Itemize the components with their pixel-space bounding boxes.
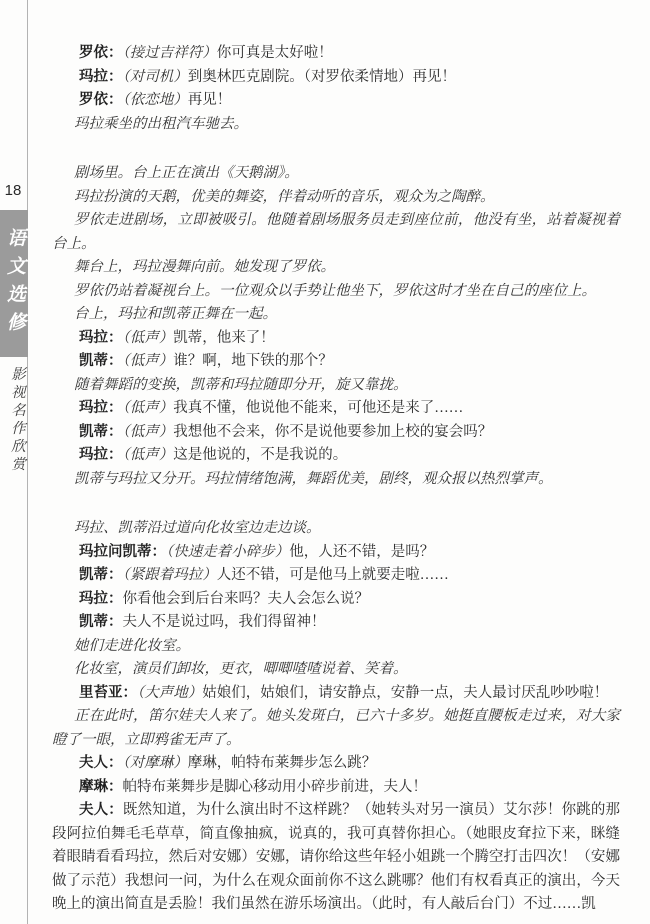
speaker-name: 玛拉： (79, 330, 123, 346)
stage-direction-line: 随着舞蹈的变换，凯蒂和玛拉随即分开，旋又靠拢。 (52, 374, 620, 398)
speaker-name: 罗依： (79, 45, 123, 61)
speaker-name: 凯蒂： (79, 567, 123, 583)
dialogue-text: 我想他不会来，你不是说他要参加上校的宴会吗？ (173, 424, 492, 440)
parenthetical-direction: （接过吉祥符） (123, 45, 217, 61)
dialogue-line: 凯蒂：（低声）我想他不会来，你不是说他要参加上校的宴会吗？ (52, 421, 620, 445)
dialogue-text: 再见！ (188, 92, 232, 108)
parenthetical-direction: （依恋地） (123, 92, 188, 108)
dialogue-text: 你看他会到后台来吗？夫人会怎么说？ (123, 591, 370, 607)
dialogue-text: 夫人不是说过吗，我们得留神！ (123, 614, 326, 630)
dialogue-line: 里苔亚：（大声地）姑娘们，姑娘们，请安静点，安静一点，夫人最讨厌乱吵吵啦！ (52, 682, 620, 706)
dialogue-text: 这是他说的，不是我说的。 (173, 447, 347, 463)
blank-line (52, 491, 620, 517)
speaker-name: 凯蒂： (79, 424, 123, 440)
parenthetical-direction: （低声） (123, 400, 174, 416)
stage-direction-line: 玛拉乘坐的出租汽车驰去。 (52, 113, 620, 137)
dialogue-line: 玛拉：（低声）这是他说的，不是我说的。 (52, 444, 620, 468)
parenthetical-direction: （对摩琳） (123, 755, 188, 771)
parenthetical-direction: （对司机） (123, 69, 188, 85)
dialogue-line: 摩琳：帕特布莱舞步是脚心移动用小碎步前进，夫人！ (52, 776, 620, 800)
dialogue-line: 罗依：（依恋地）再见！ (52, 89, 620, 113)
stage-direction-line: 正在此时，笛尔娃夫人来了。她头发斑白，已六十多岁。她挺直腰板走过来，对大家瞪了一… (52, 705, 620, 752)
blank-line (52, 136, 620, 162)
series-band: 语文选修 (0, 210, 28, 357)
parenthetical-direction: （快速走着小碎步） (166, 544, 289, 560)
dialogue-text: 帕特布莱舞步是脚心移动用小碎步前进，夫人！ (123, 779, 428, 795)
stage-direction-line: 化妆室，演员们卸妆，更衣，唧唧喳喳说着、笑着。 (52, 658, 620, 682)
stage-direction-line: 台上，玛拉和凯蒂正舞在一起。 (52, 303, 620, 327)
page-number: 18 (0, 182, 26, 199)
stage-direction-line: 她们走进化妆室。 (52, 635, 620, 659)
dialogue-text: 摩琳，帕特布莱舞步怎么跳？ (188, 755, 377, 771)
parenthetical-direction: （紧跟着玛拉） (123, 567, 217, 583)
speaker-name: 玛拉： (79, 400, 123, 416)
speaker-name: 夫人： (79, 755, 123, 771)
speaker-name: 罗依： (79, 92, 123, 108)
dialogue-text: 我真不懂，他说他不能来，可他还是来了…… (173, 400, 463, 416)
series-title: 语文选修 (0, 228, 28, 340)
stage-direction-line: 玛拉、凯蒂沿过道向化妆室边走边谈。 (52, 517, 620, 541)
dialogue-text: 既然知道，为什么演出时不这样跳？（她转头对另一演员）艾尔莎！你跳的那段阿拉伯舞毛… (52, 802, 620, 912)
dialogue-line: 凯蒂：（低声）谁？啊，地下铁的那个？ (52, 350, 620, 374)
dialogue-text: 凯蒂，他来了！ (173, 330, 275, 346)
speaker-name: 里苔亚： (79, 685, 137, 701)
stage-direction-line: 舞台上，玛拉漫舞向前。她发现了罗依。 (52, 256, 620, 280)
speaker-name: 凯蒂： (79, 353, 123, 369)
dialogue-line: 玛拉问凯蒂：（快速走着小碎步）他，人还不错，是吗？ (52, 541, 620, 565)
dialogue-line: 玛拉：你看他会到后台来吗？夫人会怎么说？ (52, 588, 620, 612)
speaker-name: 凯蒂： (79, 614, 123, 630)
dialogue-line: 夫人：（对摩琳）摩琳，帕特布莱舞步怎么跳？ (52, 752, 620, 776)
speaker-name: 摩琳： (79, 779, 123, 795)
speaker-name: 玛拉： (79, 591, 123, 607)
speaker-name: 玛拉： (79, 447, 123, 463)
parenthetical-direction: （低声） (123, 424, 174, 440)
book-subtitle: 影视名作欣赏 (0, 366, 28, 474)
dialogue-line: 凯蒂：（紧跟着玛拉）人还不错，可是他马上就要走啦…… (52, 564, 620, 588)
speaker-name: 玛拉问凯蒂： (79, 544, 166, 560)
dialogue-text: 他，人还不错，是吗？ (289, 544, 434, 560)
parenthetical-direction: （低声） (123, 447, 174, 463)
dialogue-text: 人还不错，可是他马上就要走啦…… (217, 567, 449, 583)
dialogue-line: 夫人：既然知道，为什么演出时不这样跳？（她转头对另一演员）艾尔莎！你跳的那段阿拉… (52, 799, 620, 917)
dialogue-text: 到奥林匹克剧院。（对罗依柔情地）再见！ (188, 69, 456, 85)
speaker-name: 夫人： (79, 802, 123, 818)
stage-direction-line: 剧场里。台上正在演出《天鹅湖》。 (52, 162, 620, 186)
speaker-name: 玛拉： (79, 69, 123, 85)
parenthetical-direction: （低声） (123, 330, 174, 346)
stage-direction-line: 玛拉扮演的天鹅，优美的舞姿，伴着动听的音乐，观众为之陶醉。 (52, 186, 620, 210)
dialogue-text: 姑娘们，姑娘们，请安静点，安静一点，夫人最讨厌乱吵吵啦！ (202, 685, 608, 701)
dialogue-line: 玛拉：（对司机）到奥林匹克剧院。（对罗依柔情地）再见！ (52, 66, 620, 90)
dialogue-text: 谁？啊，地下铁的那个？ (173, 353, 333, 369)
dialogue-line: 凯蒂：夫人不是说过吗，我们得留神！ (52, 611, 620, 635)
stage-direction-line: 凯蒂与玛拉又分开。玛拉情绪饱满，舞蹈优美，剧终，观众报以热烈掌声。 (52, 468, 620, 492)
parenthetical-direction: （大声地） (137, 685, 202, 701)
dialogue-line: 玛拉：（低声）凯蒂，他来了！ (52, 327, 620, 351)
stage-direction-line: 罗依走进剧场，立即被吸引。他随着剧场服务员走到座位前，他没有坐，站着凝视着台上。 (52, 209, 620, 256)
stage-direction-line: 罗依仍站着凝视台上。一位观众以手势让他坐下，罗依这时才坐在自己的座位上。 (52, 280, 620, 304)
parenthetical-direction: （低声） (123, 353, 174, 369)
script-body: 罗依：（接过吉祥符）你可真是太好啦！玛拉：（对司机）到奥林匹克剧院。（对罗依柔情… (52, 42, 620, 917)
dialogue-line: 玛拉：（低声）我真不懂，他说他不能来，可他还是来了…… (52, 397, 620, 421)
dialogue-text: 你可真是太好啦！ (217, 45, 333, 61)
textbook-page: 18 语文选修 影视名作欣赏 罗依：（接过吉祥符）你可真是太好啦！玛拉：（对司机… (0, 0, 650, 924)
dialogue-line: 罗依：（接过吉祥符）你可真是太好啦！ (52, 42, 620, 66)
